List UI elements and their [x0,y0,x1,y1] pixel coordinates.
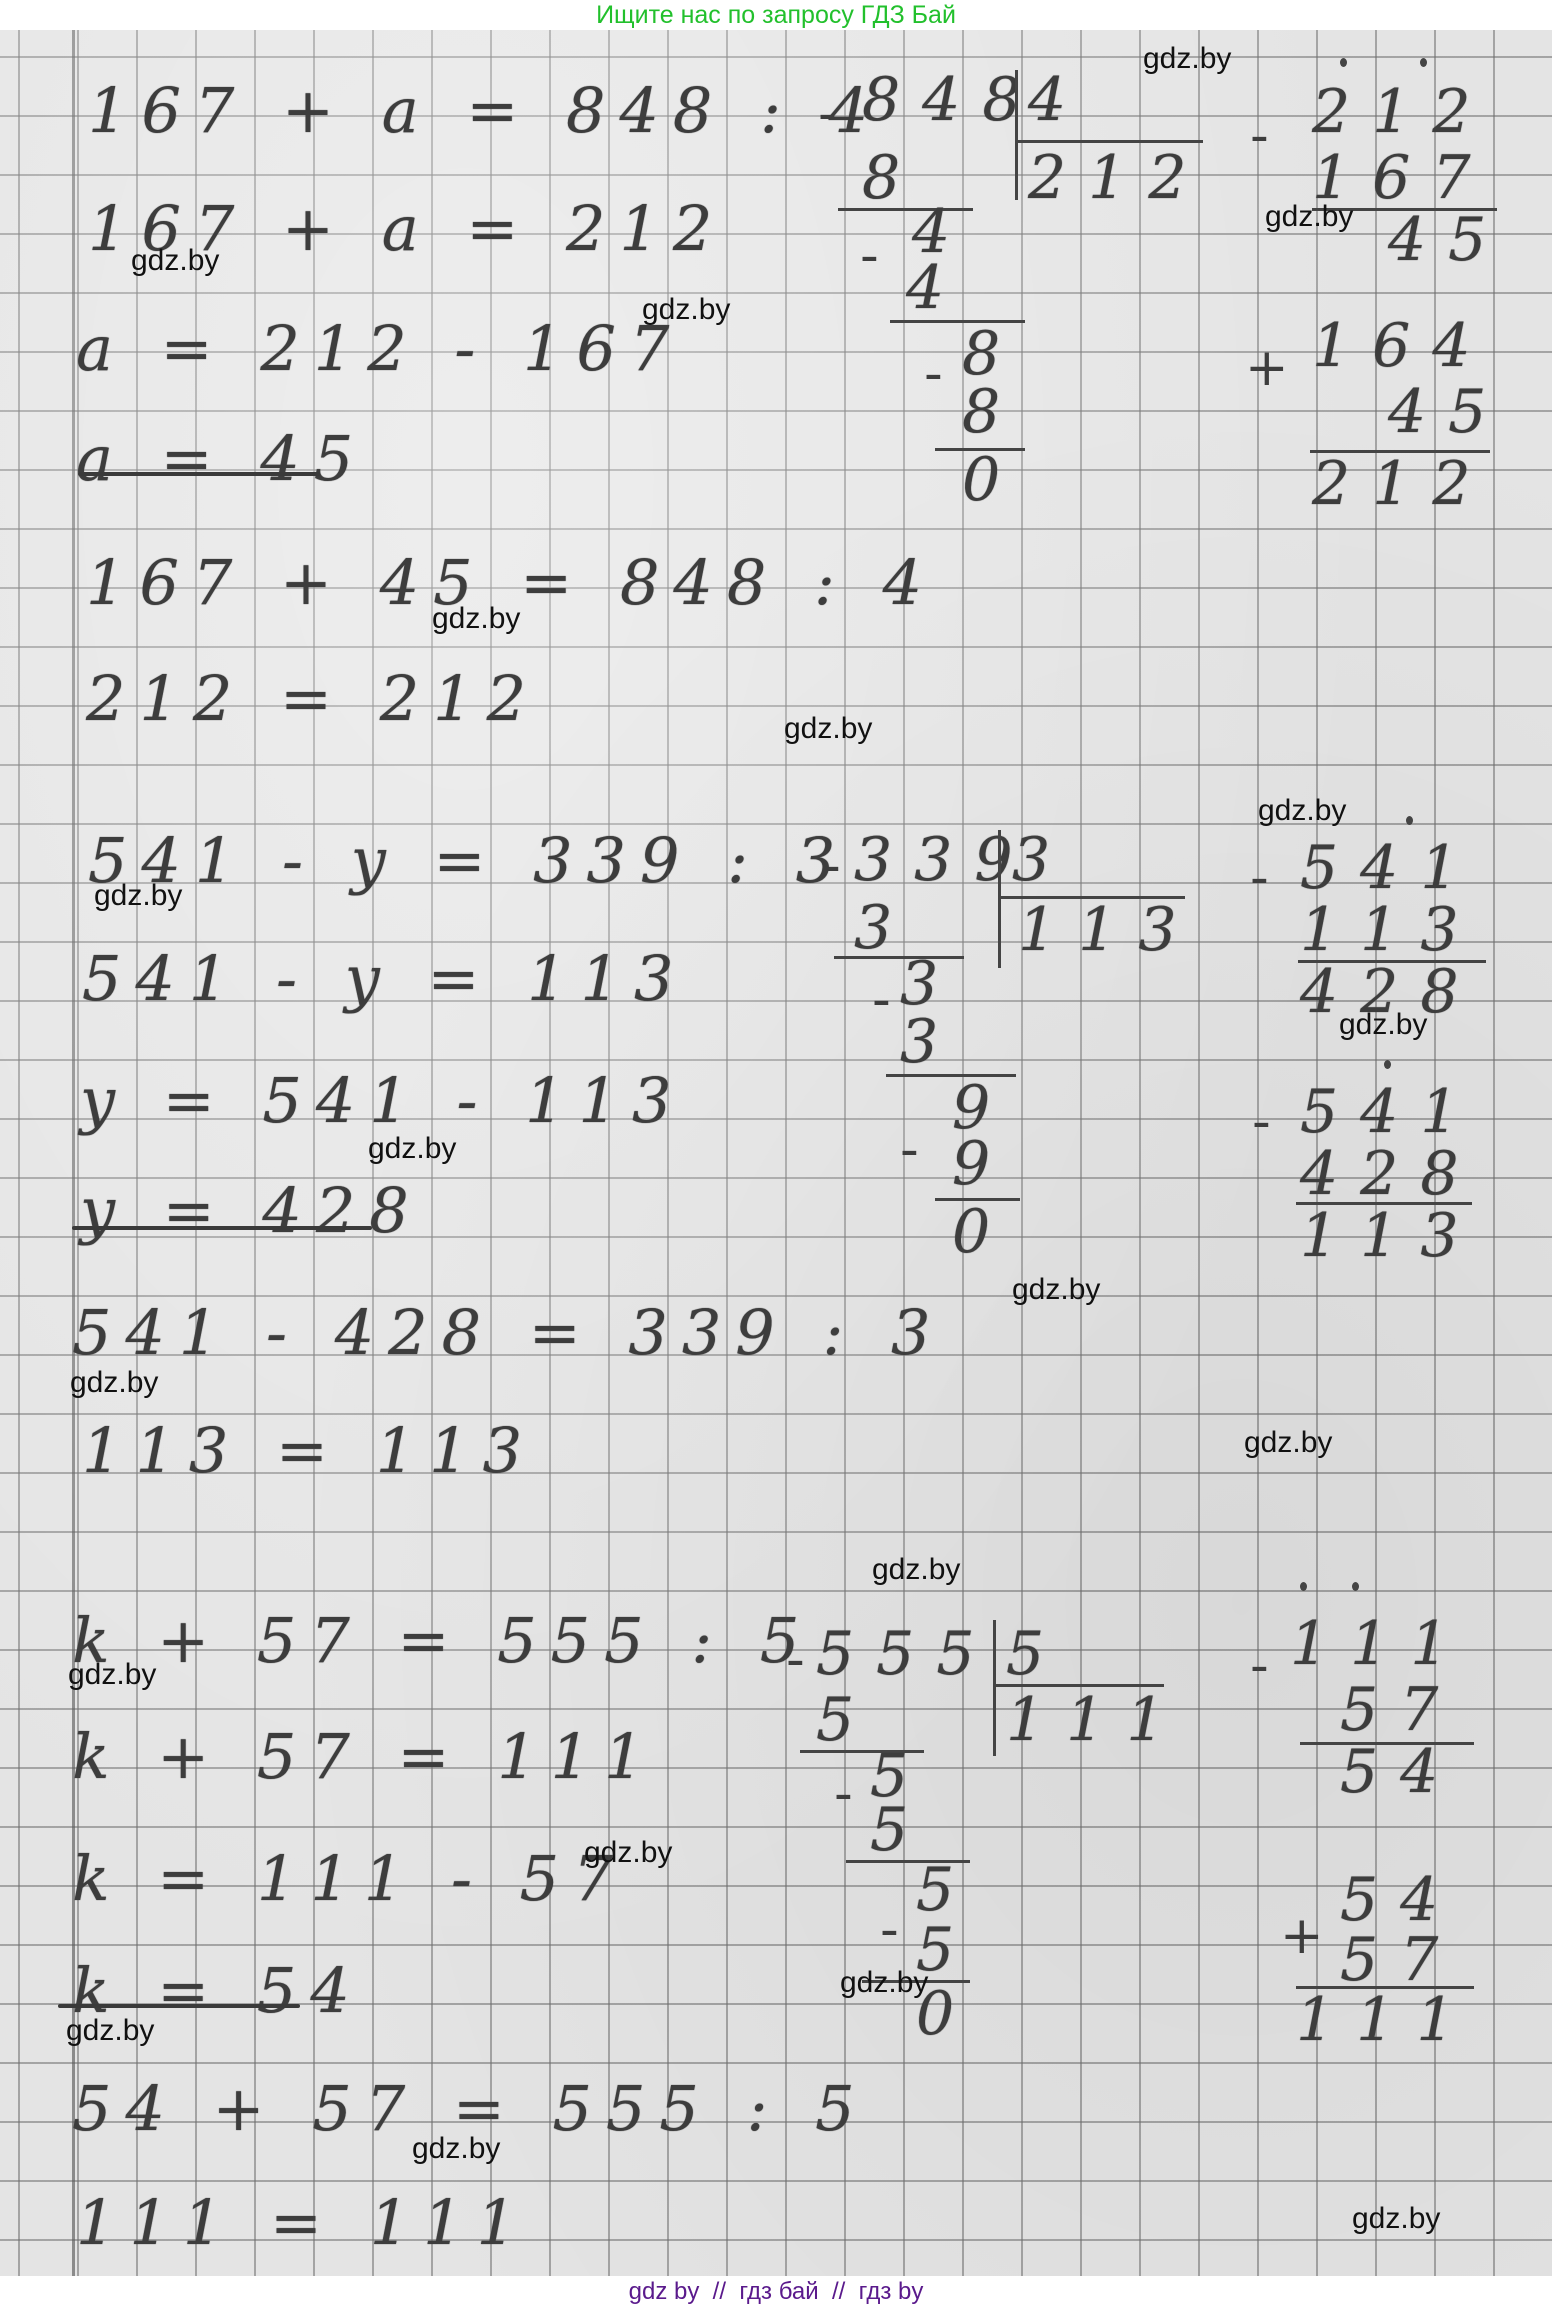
final-remainder: 0 [962,450,1022,510]
answer-line: y = 428 [80,1180,423,1242]
difference: 113 [1300,1206,1481,1266]
subtrahend: 428 [1300,1144,1481,1204]
answer-underline [58,2004,300,2008]
watermark: gdz.by [412,2134,500,2164]
minus-sign: - [1250,1640,1269,1692]
sum: 212 [1312,454,1493,514]
minus-sign: - [880,1904,899,1956]
addend: 54 [1340,1870,1460,1930]
addend: 164 [1312,316,1493,376]
minuend: 111 [1290,1614,1471,1674]
minus-sign: - [1252,1096,1271,1148]
equation-line: 167 + a = 848 : 4 [88,80,882,142]
watermark: gdz.by [872,1555,960,1585]
plus-sign: + [1280,1910,1324,1962]
watermark: gdz.by [131,246,219,276]
watermark: gdz.by [432,604,520,634]
divisor: 5 [1006,1624,1066,1684]
dividend: 339 [854,830,1035,890]
step-remainder: 3 [900,954,960,1014]
margin-line [72,30,75,2276]
quotient: 113 [1018,900,1199,960]
sum: 111 [1296,1990,1477,2050]
equation-line: y = 541 - 113 [80,1070,685,1132]
step-subtrahend: 9 [952,1134,1012,1194]
watermark: gdz.by [840,1968,928,1998]
watermark: gdz.by [1012,1275,1100,1305]
division-bar [1015,70,1018,200]
minus-sign: - [1250,852,1269,904]
minuend: 541 [1300,1082,1481,1142]
division-bar [993,1620,996,1756]
watermark: gdz.by [1265,202,1353,232]
check-line: 212 = 212 [86,668,540,730]
search-banner: Ищите нас по запросу ГДЗ Бай [0,0,1552,30]
equation-line: 541 - y = 113 [82,948,687,1010]
site-footer: gdz by // гдз бай // гдз by [0,2276,1552,2308]
step-remainder: 5 [916,1860,976,1920]
equation-line: k + 57 = 555 : 5 [72,1610,813,1672]
check-line: 54 + 57 = 555 : 5 [72,2078,869,2140]
step-subtrahend: 5 [870,1800,930,1860]
watermark: gdz.by [584,1838,672,1868]
borrow-dot [1352,1582,1359,1591]
step-remainder: 8 [962,324,1022,384]
minus-sign: - [834,1768,853,1820]
watermark: gdz.by [1244,1428,1332,1458]
minus-sign: - [822,840,841,892]
check-line: 541 - 428 = 339 : 3 [72,1302,945,1364]
watermark: gdz.by [1352,2204,1440,2234]
step-subtrahend: 8 [962,382,1022,442]
equation-line: 541 - y = 339 : 3 [88,830,849,892]
addend: 45 [1388,382,1508,442]
difference: 54 [1340,1742,1460,1802]
watermark: gdz.by [642,295,730,325]
equation-line: k + 57 = 111 [72,1726,658,1788]
answer-underline [78,472,320,476]
watermark: gdz.by [784,714,872,744]
minus-sign: - [1250,110,1269,162]
minus-sign: - [818,88,837,140]
step-subtrahend: 4 [906,258,966,318]
watermark: gdz.by [68,1660,156,1690]
difference: 45 [1388,210,1508,270]
final-remainder: 0 [952,1202,1012,1262]
minus-sign: - [924,348,943,400]
minus-sign: - [860,230,879,282]
minus-sign: - [786,1634,805,1686]
subtrahend: 113 [1300,900,1481,960]
watermark: gdz.by [94,881,182,911]
equation-line: k = 111 - 57 [72,1848,627,1910]
watermark: gdz.by [66,2016,154,2046]
minuend: 212 [1312,82,1493,142]
quotient: 111 [1006,1690,1187,1750]
minus-sign: - [900,1124,919,1176]
divisor: 4 [1028,70,1088,130]
subtrahend: 57 [1340,1680,1460,1740]
plus-sign: + [1245,342,1289,394]
minuend: 541 [1300,838,1481,898]
answer-line: a = 45 [76,428,367,490]
divisor: 3 [1012,830,1072,890]
check-line: 113 = 113 [82,1420,536,1482]
answer-line: k = 54 [72,1960,364,2022]
notebook-page: 167 + a = 848 : 4 167 + a = 212 a = 212 … [0,30,1552,2276]
borrow-dot [1420,58,1427,67]
footer-links-text: gdz by // гдз бай // гдз by [629,2278,924,2306]
search-banner-text: Ищите нас по запросу ГДЗ Бай [596,0,956,30]
minus-sign: - [872,974,891,1026]
watermark: gdz.by [70,1368,158,1398]
step-subtrahend: 5 [816,1690,876,1750]
watermark: gdz.by [1339,1010,1427,1040]
watermark: gdz.by [1258,796,1346,826]
dividend: 555 [816,1624,997,1684]
borrow-dot [1340,58,1347,67]
borrow-dot [1300,1582,1307,1591]
addend: 57 [1340,1930,1460,1990]
borrow-dot [1384,1060,1391,1069]
borrow-dot [1406,816,1413,825]
watermark: gdz.by [1143,44,1231,74]
step-subtrahend: 3 [900,1012,960,1072]
equation-line: a = 212 - 167 [76,318,683,380]
subtrahend: 167 [1312,148,1493,208]
check-line: 111 = 111 [76,2192,530,2254]
answer-underline [72,1226,372,1230]
division-bar [998,830,1001,968]
watermark: gdz.by [368,1134,456,1164]
quotient: 212 [1028,148,1209,208]
